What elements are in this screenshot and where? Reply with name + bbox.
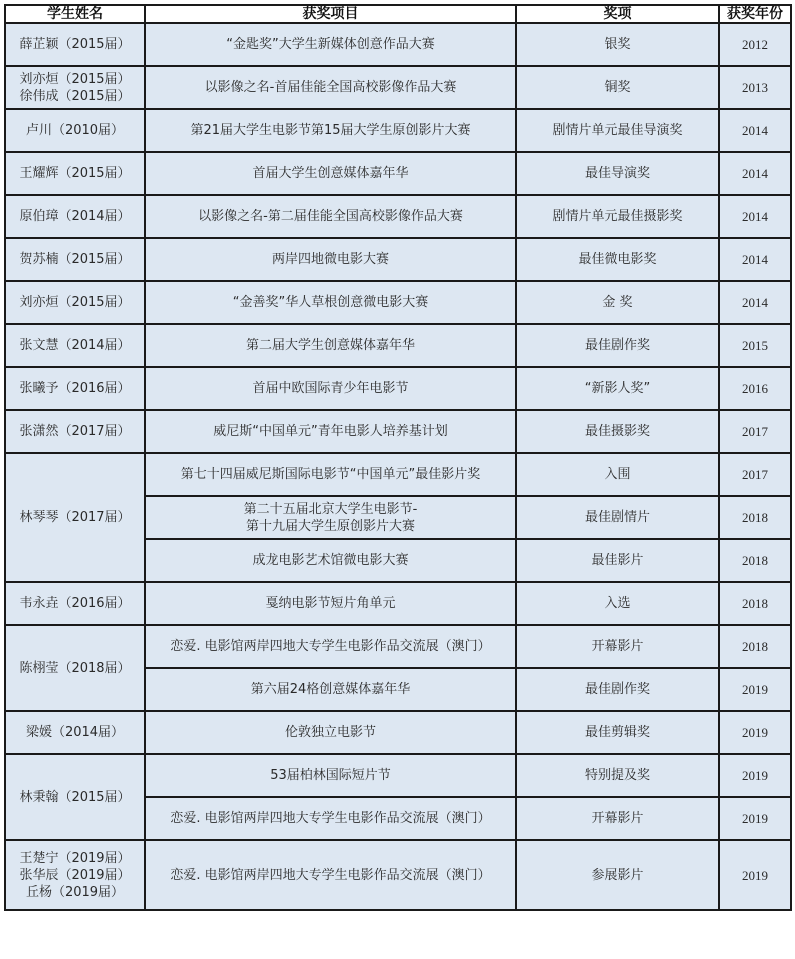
- student-name-cell: 韦永垚（2016届）: [5, 582, 145, 625]
- project-cell: 恋爱. 电影馆两岸四地大专学生电影作品交流展（澳门）: [145, 625, 516, 668]
- project-name: 第二届大学生创意媒体嘉年华: [150, 337, 511, 354]
- student-name: 王耀辉（2015届）: [10, 165, 140, 182]
- award-cell: 金 奖: [516, 281, 719, 324]
- year-cell: 2019: [719, 754, 791, 797]
- project-name: 戛纳电影节短片角单元: [150, 595, 511, 612]
- year-cell: 2018: [719, 539, 791, 582]
- student-name-cell: 梁媛（2014届）: [5, 711, 145, 754]
- student-name-cell: 张文慧（2014届）: [5, 324, 145, 367]
- table-row: 林琴琴（2017届）第七十四届威尼斯国际电影节“中国单元”最佳影片奖入围2017: [5, 453, 791, 496]
- award-cell: 剧情片单元最佳摄影奖: [516, 195, 719, 238]
- project-name: 第21届大学生电影节第15届大学生原创影片大赛: [150, 122, 511, 139]
- project-name: “金善奖”华人草根创意微电影大赛: [150, 294, 511, 311]
- student-name-cell: 刘亦烜（2015届）徐伟成（2015届）: [5, 66, 145, 109]
- award-cell: 最佳剪辑奖: [516, 711, 719, 754]
- student-name: 张文慧（2014届）: [10, 337, 140, 354]
- student-name: 卢川（2010届）: [10, 122, 140, 139]
- project-name: 首届大学生创意媒体嘉年华: [150, 165, 511, 182]
- table-row: 王耀辉（2015届）首届大学生创意媒体嘉年华最佳导演奖2014: [5, 152, 791, 195]
- year-cell: 2019: [719, 711, 791, 754]
- year-cell: 2019: [719, 797, 791, 840]
- award-cell: 最佳导演奖: [516, 152, 719, 195]
- awards-table: 学生姓名 获奖项目 奖项 获奖年份 薛芷颖（2015届）“金匙奖”大学生新媒体创…: [4, 4, 792, 911]
- year-cell: 2019: [719, 840, 791, 910]
- table-row: 林秉翰（2015届）53届柏林国际短片节特别提及奖2019: [5, 754, 791, 797]
- project-cell: 以影像之名-首届佳能全国高校影像作品大赛: [145, 66, 516, 109]
- table-row: 贺苏楠（2015届）两岸四地微电影大赛最佳微电影奖2014: [5, 238, 791, 281]
- award-cell: 剧情片单元最佳导演奖: [516, 109, 719, 152]
- project-name: 第七十四届威尼斯国际电影节“中国单元”最佳影片奖: [150, 466, 511, 483]
- header-award: 奖项: [516, 5, 719, 23]
- student-name: 张曦予（2016届）: [10, 380, 140, 397]
- year-cell: 2017: [719, 410, 791, 453]
- project-name: “金匙奖”大学生新媒体创意作品大赛: [150, 36, 511, 53]
- student-name: 丘杨（2019届）: [10, 884, 140, 901]
- table-row: 原伯璋（2014届）以影像之名-第二届佳能全国高校影像作品大赛剧情片单元最佳摄影…: [5, 195, 791, 238]
- student-name: 韦永垚（2016届）: [10, 595, 140, 612]
- project-cell: 第六届24格创意媒体嘉年华: [145, 668, 516, 711]
- student-name: 林秉翰（2015届）: [10, 789, 140, 806]
- award-cell: 开幕影片: [516, 797, 719, 840]
- student-name-cell: 王楚宁（2019届）张华辰（2019届）丘杨（2019届）: [5, 840, 145, 910]
- project-cell: 第21届大学生电影节第15届大学生原创影片大赛: [145, 109, 516, 152]
- student-name: 薛芷颖（2015届）: [10, 36, 140, 53]
- project-cell: 威尼斯“中国单元”青年电影人培养基计划: [145, 410, 516, 453]
- award-cell: 最佳剧作奖: [516, 324, 719, 367]
- project-cell: “金善奖”华人草根创意微电影大赛: [145, 281, 516, 324]
- project-cell: 53届柏林国际短片节: [145, 754, 516, 797]
- project-name: 恋爱. 电影馆两岸四地大专学生电影作品交流展（澳门）: [150, 810, 511, 827]
- student-name-cell: 陈栩莹（2018届）: [5, 625, 145, 711]
- student-name: 刘亦烜（2015届）: [10, 294, 140, 311]
- student-name-cell: 王耀辉（2015届）: [5, 152, 145, 195]
- student-name-cell: 林琴琴（2017届）: [5, 453, 145, 582]
- project-cell: 第七十四届威尼斯国际电影节“中国单元”最佳影片奖: [145, 453, 516, 496]
- table-row: 陈栩莹（2018届）恋爱. 电影馆两岸四地大专学生电影作品交流展（澳门）开幕影片…: [5, 625, 791, 668]
- year-cell: 2018: [719, 625, 791, 668]
- project-cell: 恋爱. 电影馆两岸四地大专学生电影作品交流展（澳门）: [145, 797, 516, 840]
- project-name: 以影像之名-第二届佳能全国高校影像作品大赛: [150, 208, 511, 225]
- award-cell: 特别提及奖: [516, 754, 719, 797]
- project-cell: “金匙奖”大学生新媒体创意作品大赛: [145, 23, 516, 66]
- year-cell: 2014: [719, 109, 791, 152]
- student-name: 贺苏楠（2015届）: [10, 251, 140, 268]
- student-name: 王楚宁（2019届）: [10, 850, 140, 867]
- student-name-cell: 张潇然（2017届）: [5, 410, 145, 453]
- header-project: 获奖项目: [145, 5, 516, 23]
- year-cell: 2019: [719, 668, 791, 711]
- award-cell: 参展影片: [516, 840, 719, 910]
- project-cell: 首届大学生创意媒体嘉年华: [145, 152, 516, 195]
- award-cell: 开幕影片: [516, 625, 719, 668]
- student-name-cell: 薛芷颖（2015届）: [5, 23, 145, 66]
- student-name: 张华辰（2019届）: [10, 867, 140, 884]
- header-row: 学生姓名 获奖项目 奖项 获奖年份: [5, 5, 791, 23]
- year-cell: 2015: [719, 324, 791, 367]
- award-cell: 入选: [516, 582, 719, 625]
- project-name: 53届柏林国际短片节: [150, 767, 511, 784]
- award-cell: 入围: [516, 453, 719, 496]
- project-cell: 成龙电影艺术馆微电影大赛: [145, 539, 516, 582]
- project-name: 成龙电影艺术馆微电影大赛: [150, 552, 511, 569]
- year-cell: 2016: [719, 367, 791, 410]
- project-name: 恋爱. 电影馆两岸四地大专学生电影作品交流展（澳门）: [150, 867, 511, 884]
- table-row: 刘亦烜（2015届）“金善奖”华人草根创意微电影大赛金 奖2014: [5, 281, 791, 324]
- year-cell: 2014: [719, 238, 791, 281]
- table-row: 韦永垚（2016届）戛纳电影节短片角单元入选2018: [5, 582, 791, 625]
- project-name: 第六届24格创意媒体嘉年华: [150, 681, 511, 698]
- project-cell: 伦敦独立电影节: [145, 711, 516, 754]
- student-name-cell: 原伯璋（2014届）: [5, 195, 145, 238]
- table-row: 张曦予（2016届）首届中欧国际青少年电影节“新影人奖”2016: [5, 367, 791, 410]
- header-student-name: 学生姓名: [5, 5, 145, 23]
- project-cell: 以影像之名-第二届佳能全国高校影像作品大赛: [145, 195, 516, 238]
- project-name: 伦敦独立电影节: [150, 724, 511, 741]
- award-cell: 最佳微电影奖: [516, 238, 719, 281]
- project-name: 首届中欧国际青少年电影节: [150, 380, 511, 397]
- student-name: 刘亦烜（2015届）: [10, 71, 140, 88]
- table-row: 张潇然（2017届）威尼斯“中国单元”青年电影人培养基计划最佳摄影奖2017: [5, 410, 791, 453]
- student-name: 梁媛（2014届）: [10, 724, 140, 741]
- table-row: 刘亦烜（2015届）徐伟成（2015届）以影像之名-首届佳能全国高校影像作品大赛…: [5, 66, 791, 109]
- year-cell: 2013: [719, 66, 791, 109]
- student-name: 陈栩莹（2018届）: [10, 660, 140, 677]
- student-name: 徐伟成（2015届）: [10, 88, 140, 105]
- project-cell: 恋爱. 电影馆两岸四地大专学生电影作品交流展（澳门）: [145, 840, 516, 910]
- table-row: 张文慧（2014届）第二届大学生创意媒体嘉年华最佳剧作奖2015: [5, 324, 791, 367]
- award-cell: 银奖: [516, 23, 719, 66]
- student-name-cell: 刘亦烜（2015届）: [5, 281, 145, 324]
- student-name: 林琴琴（2017届）: [10, 509, 140, 526]
- student-name-cell: 贺苏楠（2015届）: [5, 238, 145, 281]
- year-cell: 2018: [719, 582, 791, 625]
- award-cell: 最佳剧情片: [516, 496, 719, 539]
- header-year: 获奖年份: [719, 5, 791, 23]
- table-row: 卢川（2010届）第21届大学生电影节第15届大学生原创影片大赛剧情片单元最佳导…: [5, 109, 791, 152]
- project-cell: 首届中欧国际青少年电影节: [145, 367, 516, 410]
- table-row: 薛芷颖（2015届）“金匙奖”大学生新媒体创意作品大赛银奖2012: [5, 23, 791, 66]
- project-cell: 第二十五届北京大学生电影节-第十九届大学生原创影片大赛: [145, 496, 516, 539]
- table-row: 王楚宁（2019届）张华辰（2019届）丘杨（2019届）恋爱. 电影馆两岸四地…: [5, 840, 791, 910]
- student-name: 原伯璋（2014届）: [10, 208, 140, 225]
- student-name-cell: 张曦予（2016届）: [5, 367, 145, 410]
- project-name: 恋爱. 电影馆两岸四地大专学生电影作品交流展（澳门）: [150, 638, 511, 655]
- award-cell: “新影人奖”: [516, 367, 719, 410]
- year-cell: 2014: [719, 152, 791, 195]
- project-cell: 两岸四地微电影大赛: [145, 238, 516, 281]
- project-cell: 第二届大学生创意媒体嘉年华: [145, 324, 516, 367]
- awards-table-body: 薛芷颖（2015届）“金匙奖”大学生新媒体创意作品大赛银奖2012刘亦烜（201…: [5, 23, 791, 910]
- project-name: 以影像之名-首届佳能全国高校影像作品大赛: [150, 79, 511, 96]
- table-row: 梁媛（2014届）伦敦独立电影节最佳剪辑奖2019: [5, 711, 791, 754]
- student-name-cell: 卢川（2010届）: [5, 109, 145, 152]
- year-cell: 2018: [719, 496, 791, 539]
- project-name: 威尼斯“中国单元”青年电影人培养基计划: [150, 423, 511, 440]
- award-cell: 最佳影片: [516, 539, 719, 582]
- year-cell: 2014: [719, 281, 791, 324]
- project-name: 第二十五届北京大学生电影节-: [150, 501, 511, 518]
- award-cell: 最佳摄影奖: [516, 410, 719, 453]
- student-name-cell: 林秉翰（2015届）: [5, 754, 145, 840]
- year-cell: 2014: [719, 195, 791, 238]
- project-cell: 戛纳电影节短片角单元: [145, 582, 516, 625]
- year-cell: 2012: [719, 23, 791, 66]
- award-cell: 铜奖: [516, 66, 719, 109]
- project-name: 两岸四地微电影大赛: [150, 251, 511, 268]
- project-name: 第十九届大学生原创影片大赛: [150, 518, 511, 535]
- year-cell: 2017: [719, 453, 791, 496]
- student-name: 张潇然（2017届）: [10, 423, 140, 440]
- award-cell: 最佳剧作奖: [516, 668, 719, 711]
